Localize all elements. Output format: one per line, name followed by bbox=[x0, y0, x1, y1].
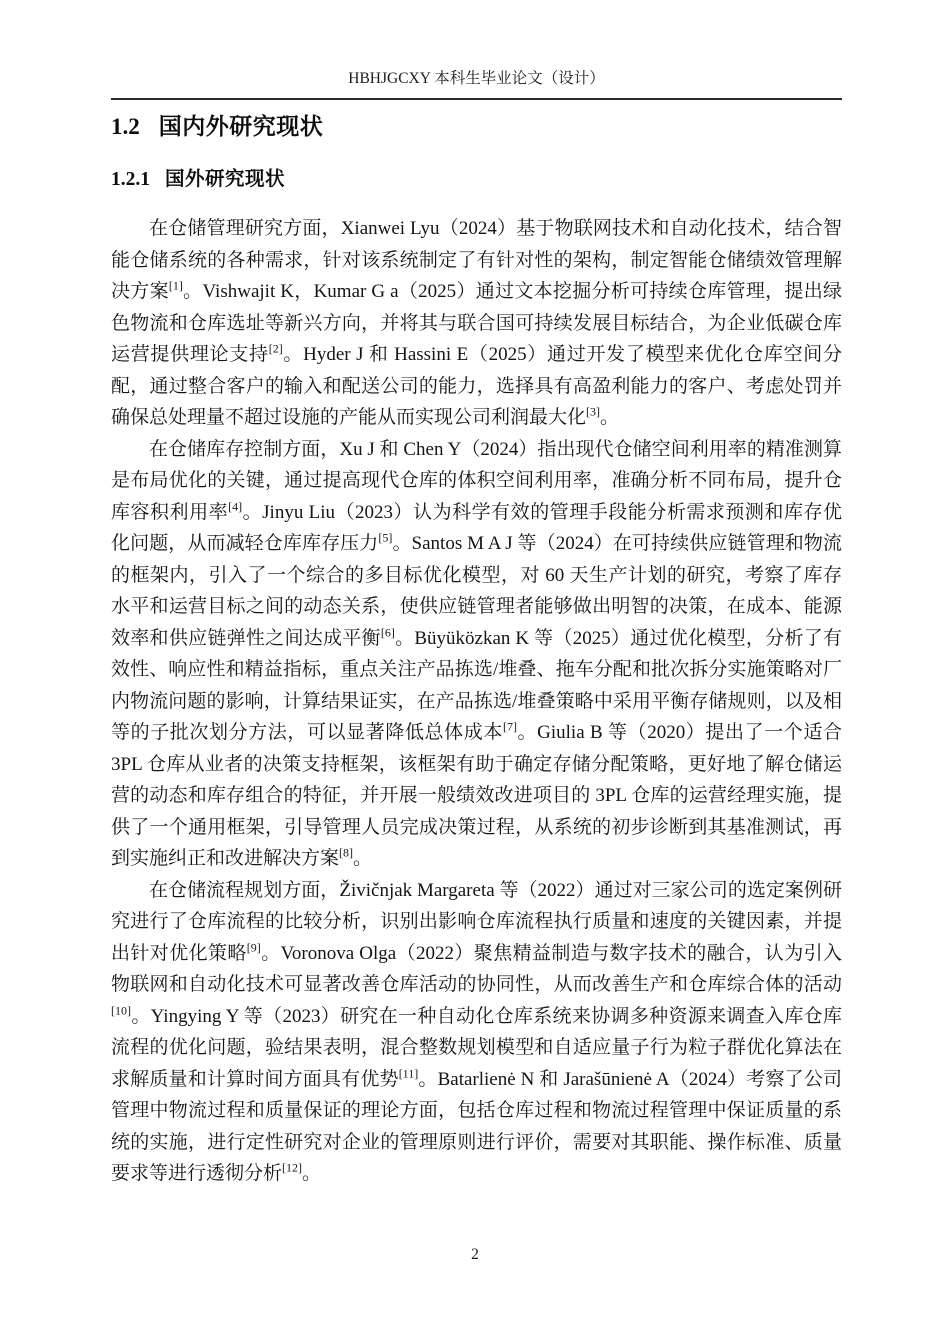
subsection-title: 国外研究现状 bbox=[165, 167, 285, 190]
subsection-heading: 1.2.1国外研究现状 bbox=[111, 166, 842, 193]
text-run: 。Giulia B 等（2020）提出了一个适合 3PL 仓库从业者的决策支持框… bbox=[111, 722, 842, 869]
section-heading: 1.2国内外研究现状 bbox=[111, 112, 842, 142]
section-title: 国内外研究现状 bbox=[159, 114, 324, 140]
citation-reference: [10] bbox=[111, 1003, 131, 1017]
header-title: HBHJGCXY 本科生毕业论文（设计） bbox=[348, 70, 604, 87]
text-run: 。 bbox=[353, 848, 372, 869]
page-footer: 2 bbox=[0, 1246, 950, 1264]
document-page: HBHJGCXY 本科生毕业论文（设计） 1.2国内外研究现状 1.2.1国外研… bbox=[0, 0, 950, 1344]
page-header: HBHJGCXY 本科生毕业论文（设计） bbox=[111, 68, 842, 100]
body-paragraph: 在仓储库存控制方面，Xu J 和 Chen Y（2024）指出现代仓储空间利用率… bbox=[111, 434, 842, 875]
citation-reference: [7] bbox=[503, 720, 517, 734]
citation-reference: [8] bbox=[339, 846, 353, 860]
citation-reference: [11] bbox=[399, 1066, 419, 1080]
citation-reference: [5] bbox=[378, 531, 392, 545]
page-number: 2 bbox=[471, 1246, 479, 1263]
citation-reference: [3] bbox=[586, 405, 600, 419]
section-number: 1.2 bbox=[111, 114, 140, 139]
citation-reference: [12] bbox=[282, 1161, 302, 1175]
citation-reference: [1] bbox=[169, 279, 183, 293]
text-run: 。 bbox=[302, 1163, 321, 1184]
page-content: 1.2国内外研究现状 1.2.1国外研究现状 在仓储管理研究方面，Xianwei… bbox=[111, 112, 842, 1190]
body-paragraph: 在仓储管理研究方面，Xianwei Lyu（2024）基于物联网技术和自动化技术… bbox=[111, 213, 842, 434]
subsection-number: 1.2.1 bbox=[111, 169, 150, 190]
citation-reference: [4] bbox=[228, 499, 242, 513]
document-body: 在仓储管理研究方面，Xianwei Lyu（2024）基于物联网技术和自动化技术… bbox=[111, 213, 842, 1190]
text-run: 。 bbox=[600, 407, 619, 428]
citation-reference: [2] bbox=[269, 342, 283, 356]
body-paragraph: 在仓储流程规划方面，Živičnjak Margareta 等（2022）通过对… bbox=[111, 875, 842, 1190]
citation-reference: [9] bbox=[247, 940, 261, 954]
citation-reference: [6] bbox=[381, 625, 395, 639]
